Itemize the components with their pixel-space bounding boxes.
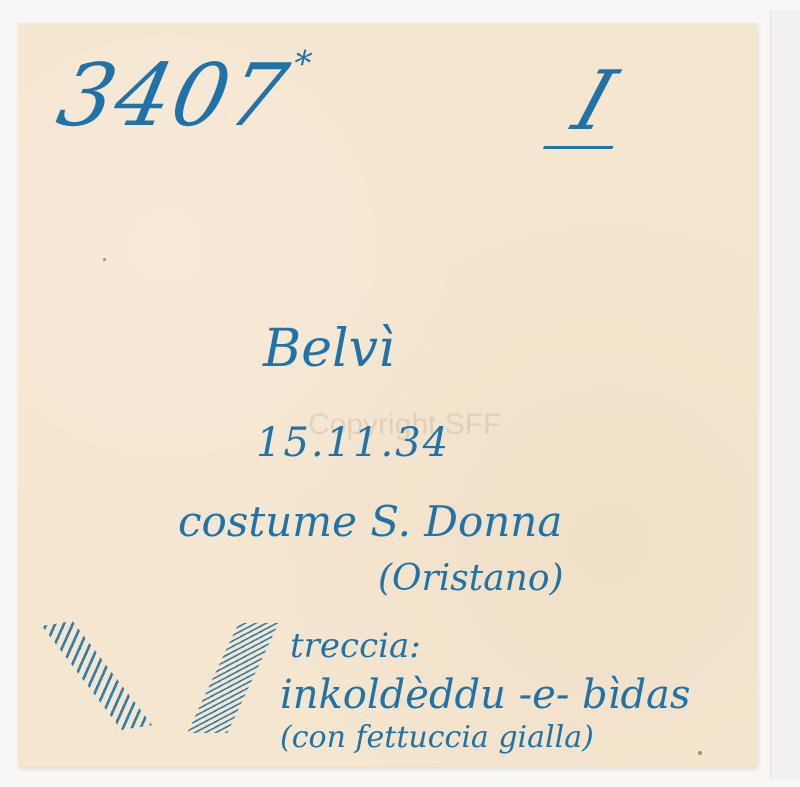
braid-detail: (con fettuccia gialla) bbox=[280, 723, 594, 753]
province-note: (Oristano) bbox=[378, 561, 564, 597]
place-name: Belvì bbox=[263, 323, 395, 375]
catalog-number: 3407* bbox=[51, 53, 315, 139]
dialect-term: inkoldèddu -e- bìdas bbox=[280, 675, 690, 715]
volume-numeral: I bbox=[565, 61, 624, 143]
archive-card: 3407* I Belvì Copyright SFF 15.11.34 cos… bbox=[18, 23, 757, 767]
paper-spot bbox=[103, 258, 106, 261]
catalog-number-text: 3407 bbox=[49, 46, 297, 146]
date: 15.11.34 bbox=[256, 423, 450, 463]
background-card-edge bbox=[770, 10, 800, 780]
paper-spot bbox=[698, 751, 702, 755]
braid-label: treccia: bbox=[290, 629, 421, 663]
costume-description: costume S. Donna bbox=[178, 501, 562, 543]
braid-sketch-right bbox=[187, 623, 278, 733]
braid-sketch-left bbox=[42, 621, 152, 730]
